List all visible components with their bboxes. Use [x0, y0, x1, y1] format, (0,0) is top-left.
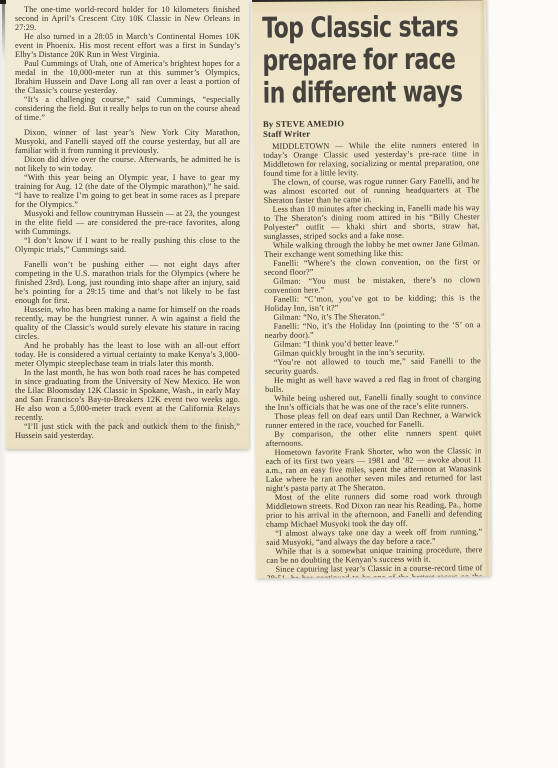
article-paragraph: prepare for race	[262, 44, 482, 78]
article-paragraph: Dixon, winner of last year’s New York Ci…	[15, 128, 240, 155]
byline-block: By STEVE AMEDIO Staff Writer	[253, 112, 487, 139]
article-paragraph: And he probably has the least to lose wi…	[15, 341, 240, 368]
article-paragraph: The one-time world-record holder for 10 …	[15, 5, 240, 32]
article-paragraph: “I don’t know if I want to be really pus…	[15, 236, 240, 254]
article-paragraph: Most of the elite runners did some road …	[266, 491, 482, 529]
headline-box: Top Classic starsprepare for racein diff…	[252, 0, 487, 114]
article-paragraph: Top Classic stars	[262, 11, 482, 45]
article-paragraph: By comparison, the other elite runners s…	[265, 428, 481, 448]
article-paragraph: Musyoki and fellow countryman Hussein — …	[15, 209, 240, 236]
article-paragraph: The clown, of course, was rogue runner G…	[263, 176, 479, 205]
ink-bleed-smudge	[96, 418, 236, 427]
article-section: The one-time world-record holder for 10 …	[15, 5, 240, 122]
article-paragraph: “I almost always take one day a week off…	[266, 527, 482, 547]
article-paragraph: Hussein, who has been making a name for …	[15, 305, 240, 341]
scan-background: The one-time world-record holder for 10 …	[0, 0, 558, 768]
article-paragraph: “You’re not allowed to touch me,” said F…	[265, 356, 481, 376]
right-newspaper-clipping: Top Classic starsprepare for racein diff…	[252, 0, 491, 578]
right-article-body: MIDDLETOWN — While the elite runners ent…	[253, 137, 490, 578]
article-paragraph: Fanelli won’t be pushing either — not ei…	[15, 260, 240, 305]
article-paragraph: Paul Cummings of Utah, one of America’s …	[15, 59, 240, 95]
article-paragraph: While walking through the lobby he met o…	[264, 239, 480, 259]
article-paragraph: While that is a somewhat unique training…	[266, 545, 482, 565]
headline: Top Classic starsprepare for racein diff…	[262, 11, 483, 110]
article-paragraph: Dixon did drive over the course. Afterwa…	[15, 155, 240, 173]
article-paragraph: Since capturing last year’s Classic in a…	[266, 563, 482, 578]
article-paragraph: Fanelli: “Where’s the clown convention, …	[264, 257, 480, 277]
article-paragraph: Gilman: “You must be mistaken, there’s n…	[264, 275, 480, 295]
article-paragraph: Fanelli: “No, it’s the Holiday Inn (poin…	[265, 320, 481, 340]
article-paragraph: “With this year being an Olympic year, I…	[15, 173, 240, 209]
article-paragraph: MIDDLETOWN — While the elite runners ent…	[263, 140, 479, 178]
article-paragraph: He might as well have waved a red flag i…	[265, 374, 481, 394]
article-paragraph: “It’s a challenging course,” said Cummin…	[15, 95, 240, 122]
article-paragraph: Those pleas fell on deaf ears until Dan …	[265, 410, 481, 430]
article-paragraph: in different ways	[263, 76, 483, 110]
article-section: Dixon, winner of last year’s New York Ci…	[15, 128, 240, 254]
article-section: Fanelli won’t be pushing either — not ei…	[15, 260, 240, 440]
article-paragraph: While being ushered out, Fanelli finally…	[265, 392, 481, 412]
article-paragraph: Hometown favorite Frank Shorter, who won…	[266, 446, 482, 493]
scan-edge-line	[2, 2, 5, 60]
article-paragraph: In the last month, he has won both road …	[15, 368, 240, 422]
article-paragraph: Less than 10 minutes after checking in, …	[264, 203, 480, 241]
article-paragraph: He also turned in a 28:05 in March’s Con…	[15, 32, 240, 59]
article-paragraph: Fanelli: “C’mon, you’ve got to be kiddin…	[264, 293, 480, 313]
left-article-body: The one-time world-record holder for 10 …	[6, 0, 249, 440]
left-newspaper-clipping: The one-time world-record holder for 10 …	[6, 0, 249, 449]
